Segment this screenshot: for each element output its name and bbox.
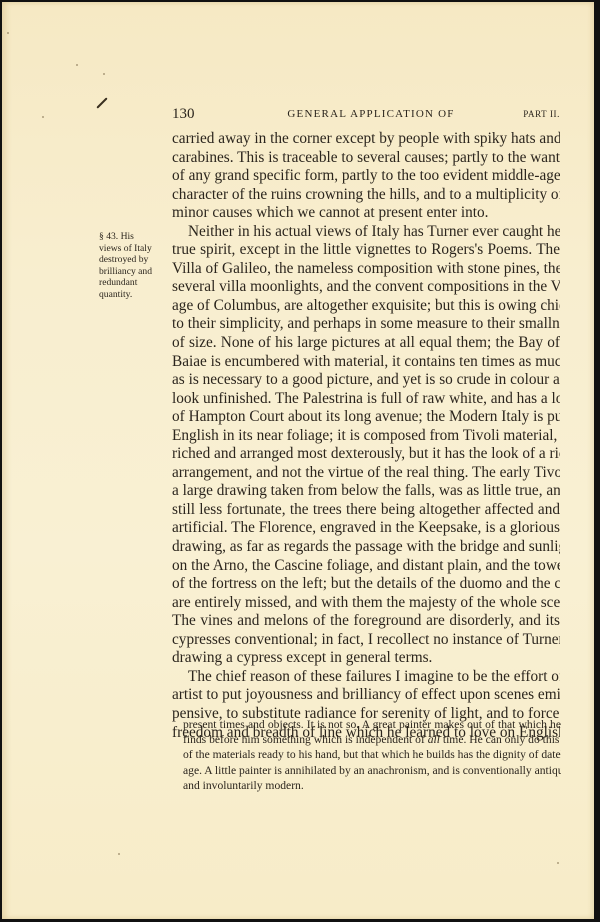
footnote: present times and objects. It is not so.… bbox=[183, 717, 561, 793]
footnote-line: of the materials ready to his hand, but … bbox=[183, 747, 561, 762]
body-line: true spirit, except in the little vignet… bbox=[172, 241, 560, 260]
sidenote-line: views of Italy bbox=[99, 243, 171, 255]
book-page: 130 GENERAL APPLICATION OF PART II. § 43… bbox=[2, 2, 594, 919]
body-line: drawing a cypress except in general term… bbox=[172, 649, 560, 668]
body-line: artist to put joyousness and brilliancy … bbox=[172, 686, 560, 705]
paper-speck bbox=[118, 853, 120, 855]
sidenote-line: redundant bbox=[99, 277, 171, 289]
footnote-text: finds before him something which is inde… bbox=[183, 733, 428, 746]
footnote-line: and involuntarily modern. bbox=[183, 778, 561, 793]
body-line: to their simplicity, and perhaps in some… bbox=[172, 315, 560, 334]
body-line: Neither in his actual views of Italy has… bbox=[172, 223, 560, 242]
body-line: arrangement, and not the virtue of the r… bbox=[172, 464, 560, 483]
body-line: Baiae is encumbered with material, it co… bbox=[172, 353, 560, 372]
body-text: carried away in the corner except by peo… bbox=[172, 130, 560, 742]
body-line: still less fortunate, the trees there be… bbox=[172, 501, 560, 520]
footnote-italic-word: all bbox=[428, 733, 440, 746]
body-line: are entirely missed, and with them the m… bbox=[172, 594, 560, 613]
running-title: GENERAL APPLICATION OF bbox=[170, 108, 562, 120]
running-header: 130 GENERAL APPLICATION OF PART II. bbox=[170, 106, 562, 124]
paper-speck bbox=[7, 32, 9, 34]
body-line: of the fortress on the left; but the det… bbox=[172, 575, 560, 594]
paper-speck bbox=[103, 73, 105, 75]
body-line: The vines and melons of the foreground a… bbox=[172, 612, 560, 631]
body-line: riched and arranged most dexterously, bu… bbox=[172, 445, 560, 464]
body-line: age of Columbus, are altogether exquisit… bbox=[172, 297, 560, 316]
body-line: English in its near foliage; it is compo… bbox=[172, 427, 560, 446]
footnote-text: time. He can only do this out bbox=[440, 733, 561, 746]
body-line: of any grand specific form, partly to th… bbox=[172, 167, 560, 186]
body-line: several villa moonlights, and the conven… bbox=[172, 278, 560, 297]
body-line: character of the ruins crowning the hill… bbox=[172, 186, 560, 205]
body-line: of Hampton Court about its long avenue; … bbox=[172, 408, 560, 427]
footnote-line: age. A little painter is annihilated by … bbox=[183, 763, 561, 778]
body-line: carabines. This is traceable to several … bbox=[172, 149, 560, 168]
part-label: PART II. bbox=[523, 109, 560, 119]
pencil-mark bbox=[96, 97, 107, 108]
footnote-line: present times and objects. It is not so.… bbox=[183, 717, 561, 732]
body-line: look unfinished. The Palestrina is full … bbox=[172, 390, 560, 409]
body-line: carried away in the corner except by peo… bbox=[172, 130, 560, 149]
body-line: drawing, as far as regards the passage w… bbox=[172, 538, 560, 557]
body-line: artificial. The Florence, engraved in th… bbox=[172, 519, 560, 538]
sidenote-line: quantity. bbox=[99, 289, 171, 301]
sidenote-line: destroyed by bbox=[99, 254, 171, 266]
body-line: Villa of Galileo, the nameless compositi… bbox=[172, 260, 560, 279]
sidenote-line: brilliancy and bbox=[99, 266, 171, 278]
paper-speck bbox=[557, 862, 559, 864]
body-line: The chief reason of these failures I ima… bbox=[172, 668, 560, 687]
body-line: minor causes which we cannot at present … bbox=[172, 204, 560, 223]
footnote-line: finds before him something which is inde… bbox=[183, 732, 561, 747]
body-line: a large drawing taken from below the fal… bbox=[172, 482, 560, 501]
paper-speck bbox=[42, 116, 44, 118]
body-line: of size. None of his large pictures at a… bbox=[172, 334, 560, 353]
body-line: on the Arno, the Cascine foliage, and di… bbox=[172, 557, 560, 576]
body-line: as is necessary to a good picture, and y… bbox=[172, 371, 560, 390]
paper-speck bbox=[76, 64, 78, 66]
body-line: cypresses conventional; in fact, I recol… bbox=[172, 631, 560, 650]
margin-sidenote: § 43. His views of Italy destroyed by br… bbox=[99, 231, 171, 301]
sidenote-line: § 43. His bbox=[99, 231, 171, 243]
